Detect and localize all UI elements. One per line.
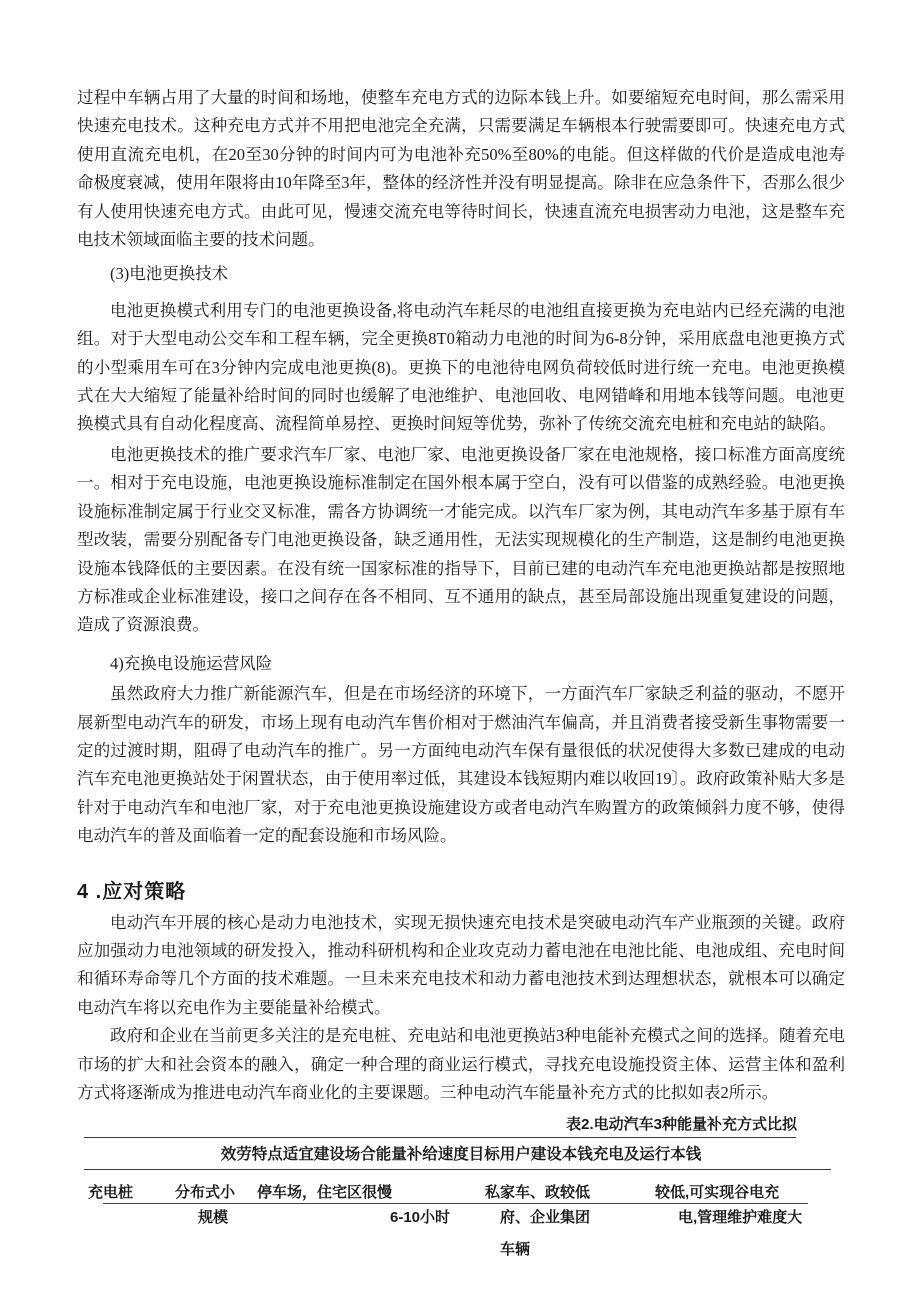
table-cell-users-line2: 府、企业集团 <box>500 1209 590 1227</box>
table-2-rows: 充电桩 分布式小 停车场，住宅区很慢 私家车、政较低 较低,可实现谷电充 规模 … <box>77 1170 845 1280</box>
table-2-row-rule <box>103 1203 808 1204</box>
document-page: 过程中车辆占用了大量的时间和场地，使整车充电方式的边际本钱上升。如要缩短充电时间… <box>0 0 920 1301</box>
table-cell-feature-line2: 规模 <box>198 1209 228 1227</box>
table-2: 表2.电动汽车3种能量补充方式比拟 效劳特点适宜建设场合能量补给速度目标用户建设… <box>77 1115 845 1280</box>
paragraph-strategy-core: 电动汽车开展的核心是动力电池技术，实现无损快速充电技术是突破电动汽车产业瓶颈的关… <box>77 909 845 1023</box>
table-cell-cost-line1: 较低,可实现谷电充 <box>655 1184 779 1202</box>
table-cell-feature-line1: 分布式小 <box>175 1184 235 1202</box>
paragraph-swap-intro: 电池更换模式利用专门的电池更换设备,将电动汽车耗尽的电池组直接更换为充电站内已经… <box>77 297 845 439</box>
paragraph-operation-risk: 虽然政府大力推广新能源汽车，但是在市场经济的环境下，一方面汽车厂家缺乏利益的驱动… <box>77 680 845 850</box>
table-cell-speed: 6-10小时 <box>390 1209 450 1227</box>
paragraph-swap-standards: 电池更换技术的推广要求汽车厂家、电池厂家、电池更换设备厂家在电池规格，接口标准方… <box>77 441 845 640</box>
paragraph-strategy-modes: 政府和企业在当前更多关注的是充电桩、充电站和电池更换站3种电能补充模式之间的选择… <box>77 1022 845 1107</box>
document-body: 过程中车辆占用了大量的时间和场地，使整车充电方式的边际本钱上升。如要缩短充电时间… <box>77 84 845 1280</box>
subheading-battery-swap: (3)电池更换技术 <box>77 260 845 288</box>
table-2-header-row: 效劳特点适宜建设场合能量补给速度目标用户建设本钱充电及运行本钱 <box>77 1145 845 1165</box>
table-cell-row-name: 充电桩 <box>88 1184 133 1202</box>
table-cell-users-line1: 私家车、政较低 <box>485 1184 590 1202</box>
table-2-caption: 表2.电动汽车3种能量补充方式比拟 <box>77 1115 845 1134</box>
table-cell-site: 停车场，住宅区很慢 <box>257 1184 392 1202</box>
section-4-title: 4 .应对策略 <box>77 877 845 907</box>
table-cell-users-line3: 车辆 <box>500 1241 530 1259</box>
table-cell-cost-line2: 电,管理维护难度大 <box>678 1209 802 1227</box>
subheading-operation-risk: 4)充换电设施运营风险 <box>77 650 845 678</box>
paragraph-fast-charge: 过程中车辆占用了大量的时间和场地，使整车充电方式的边际本钱上升。如要缩短充电时间… <box>77 84 845 254</box>
table-2-top-rule <box>84 1137 796 1138</box>
